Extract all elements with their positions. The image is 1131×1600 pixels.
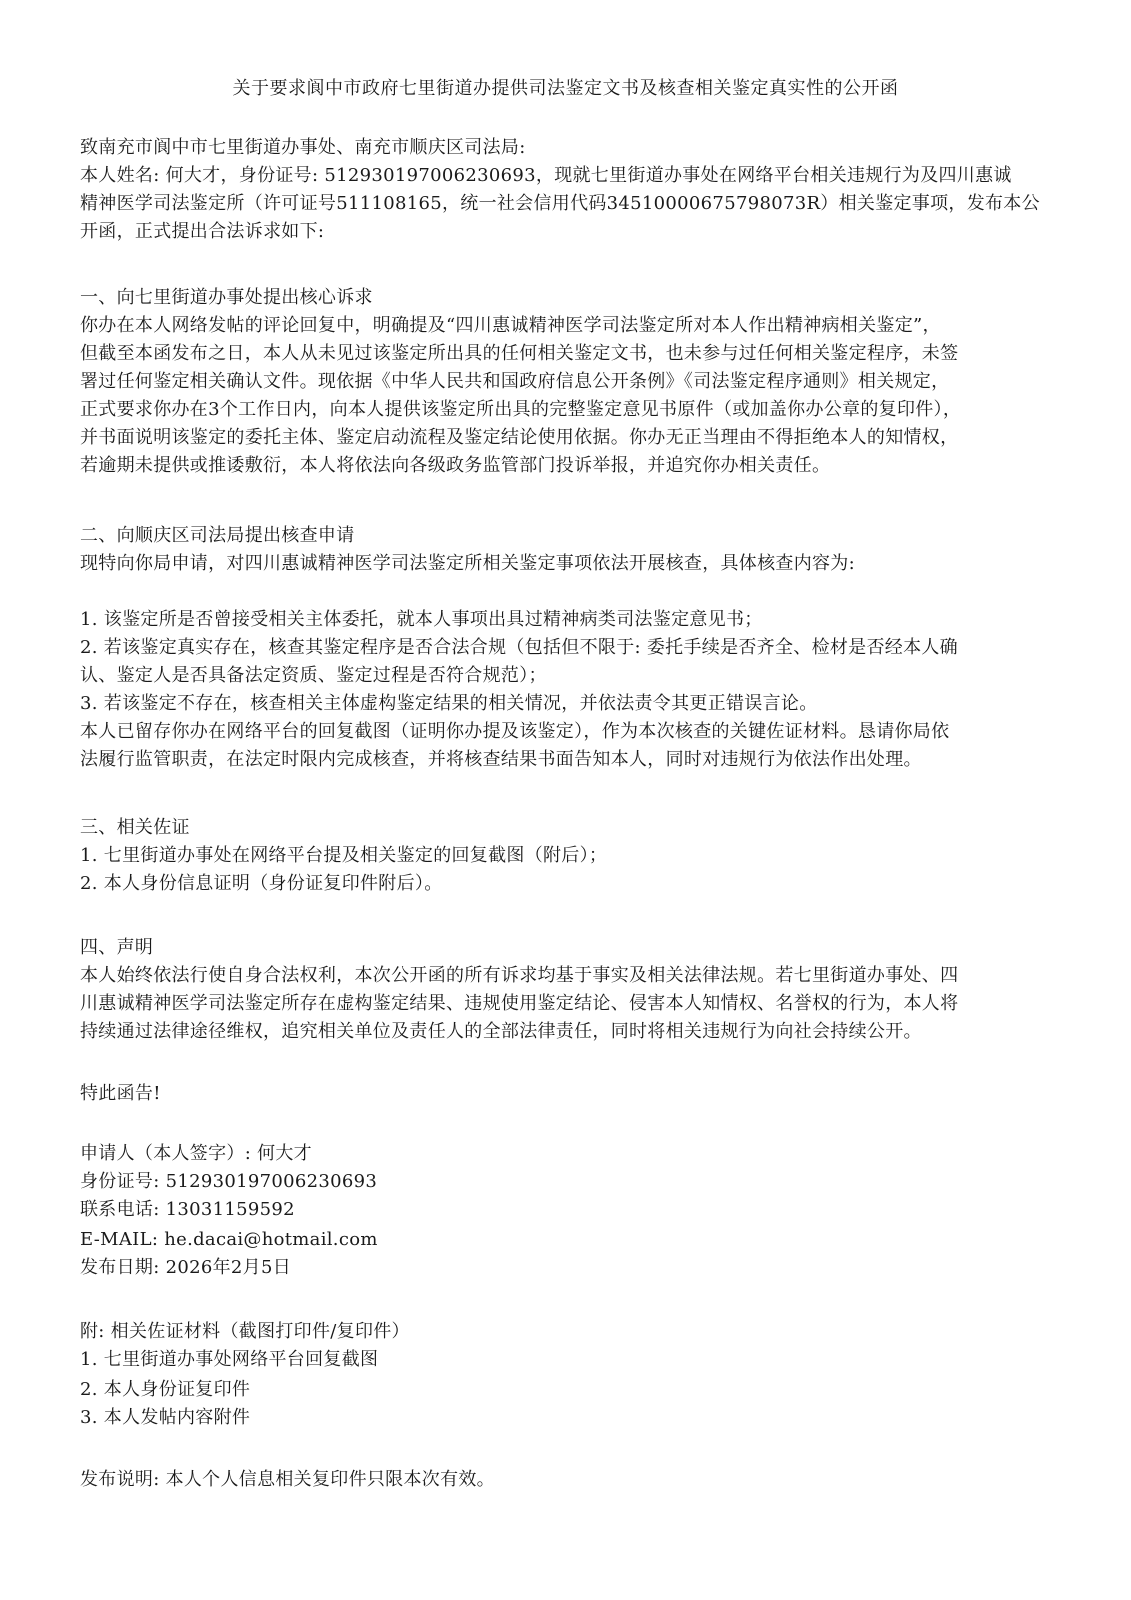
section-heading: 三、相关佐证 [80, 814, 1060, 842]
section-heading: 一、向七里街道办事处提出核心诉求 [80, 284, 1060, 312]
document-page: 关于要求阆中市政府七里街道办提供司法鉴定文书及核查相关鉴定真实性的公开函 致南充… [0, 0, 1131, 1600]
attachment-item: 2. 本人身份证复印件 [80, 1376, 1060, 1404]
document-title: 关于要求阆中市政府七里街道办提供司法鉴定文书及核查相关鉴定真实性的公开函 [0, 74, 1131, 100]
signature-applicant: 申请人（本人签字）: 何大才 [80, 1140, 1060, 1168]
list-item: 认、鉴定人是否具备法定资质、鉴定过程是否符合规范）； [80, 662, 1060, 690]
release-note: 发布说明: 本人个人信息相关复印件只限本次有效。 [80, 1466, 1060, 1494]
intro-line: 精神医学司法鉴定所（许可证号511108165，统一社会信用代码34510000… [80, 190, 1060, 218]
salutation: 致南充市阆中市七里街道办事处、南充市顺庆区司法局: [80, 134, 1060, 162]
list-item: 3. 若该鉴定不存在，核查相关主体虚构鉴定结果的相关情况，并依法责令其更正错误言… [80, 690, 1060, 718]
section-line: 法履行监管职责，在法定时限内完成核查，并将核查结果书面告知本人，同时对违规行为依… [80, 746, 1060, 774]
attachment-item: 1. 七里街道办事处网络平台回复截图 [80, 1346, 1060, 1374]
section-line: 川惠诚精神医学司法鉴定所存在虚构鉴定结果、违规使用鉴定结论、侵害本人知情权、名誉… [80, 990, 1060, 1018]
section-line: 你办在本人网络发帖的评论回复中，明确提及“四川惠诚精神医学司法鉴定所对本人作出精… [80, 312, 1060, 340]
closing: 特此函告! [80, 1080, 1060, 1108]
signature-date: 发布日期: 2026年2月5日 [80, 1254, 1060, 1282]
section-heading: 二、向顺庆区司法局提出核查申请 [80, 522, 1060, 550]
attachment-item: 3. 本人发帖内容附件 [80, 1404, 1060, 1432]
section-line: 持续通过法律途径维权，追究相关单位及责任人的全部法律责任，同时将相关违规行为向社… [80, 1018, 1060, 1046]
section-line: 署过任何鉴定相关确认文件。现依据《中华人民共和国政府信息公开条例》《司法鉴定程序… [80, 368, 1060, 396]
intro-line: 开函，正式提出合法诉求如下: [80, 218, 1060, 246]
signature-email: E-MAIL: he.dacai@hotmail.com [80, 1226, 1060, 1254]
section-line: 但截至本函发布之日，本人从未见过该鉴定所出具的任何相关鉴定文书，也未参与过任何相… [80, 340, 1060, 368]
list-item: 2. 若该鉴定真实存在，核查其鉴定程序是否合法合规（包括但不限于: 委托手续是否… [80, 634, 1060, 662]
section-heading: 四、声明 [80, 934, 1060, 962]
list-item: 1. 该鉴定所是否曾接受相关主体委托，就本人事项出具过精神病类司法鉴定意见书； [80, 606, 1060, 634]
section-line: 并书面说明该鉴定的委托主体、鉴定启动流程及鉴定结论使用依据。你办无正当理由不得拒… [80, 424, 1060, 452]
section-line: 正式要求你办在3个工作日内，向本人提供该鉴定所出具的完整鉴定意见书原件（或加盖你… [80, 396, 1060, 424]
section-line: 本人已留存你办在网络平台的回复截图（证明你办提及该鉴定），作为本次核查的关键佐证… [80, 718, 1060, 746]
intro-line: 本人姓名: 何大才，身份证号: 512930197006230693，现就七里街… [80, 162, 1060, 190]
section-line: 本人始终依法行使自身合法权利，本次公开函的所有诉求均基于事实及相关法律法规。若七… [80, 962, 1060, 990]
section-lead: 现特向你局申请，对四川惠诚精神医学司法鉴定所相关鉴定事项依法开展核查，具体核查内… [80, 550, 1060, 578]
signature-id: 身份证号: 512930197006230693 [80, 1168, 1060, 1196]
attachments-heading: 附: 相关佐证材料（截图打印件/复印件） [80, 1318, 1060, 1346]
list-item: 1. 七里街道办事处在网络平台提及相关鉴定的回复截图（附后）； [80, 842, 1060, 870]
list-item: 2. 本人身份信息证明（身份证复印件附后）。 [80, 870, 1060, 898]
section-line: 若逾期未提供或推诿敷衍，本人将依法向各级政务监管部门投诉举报，并追究你办相关责任… [80, 452, 1060, 480]
signature-phone: 联系电话: 13031159592 [80, 1196, 1060, 1224]
